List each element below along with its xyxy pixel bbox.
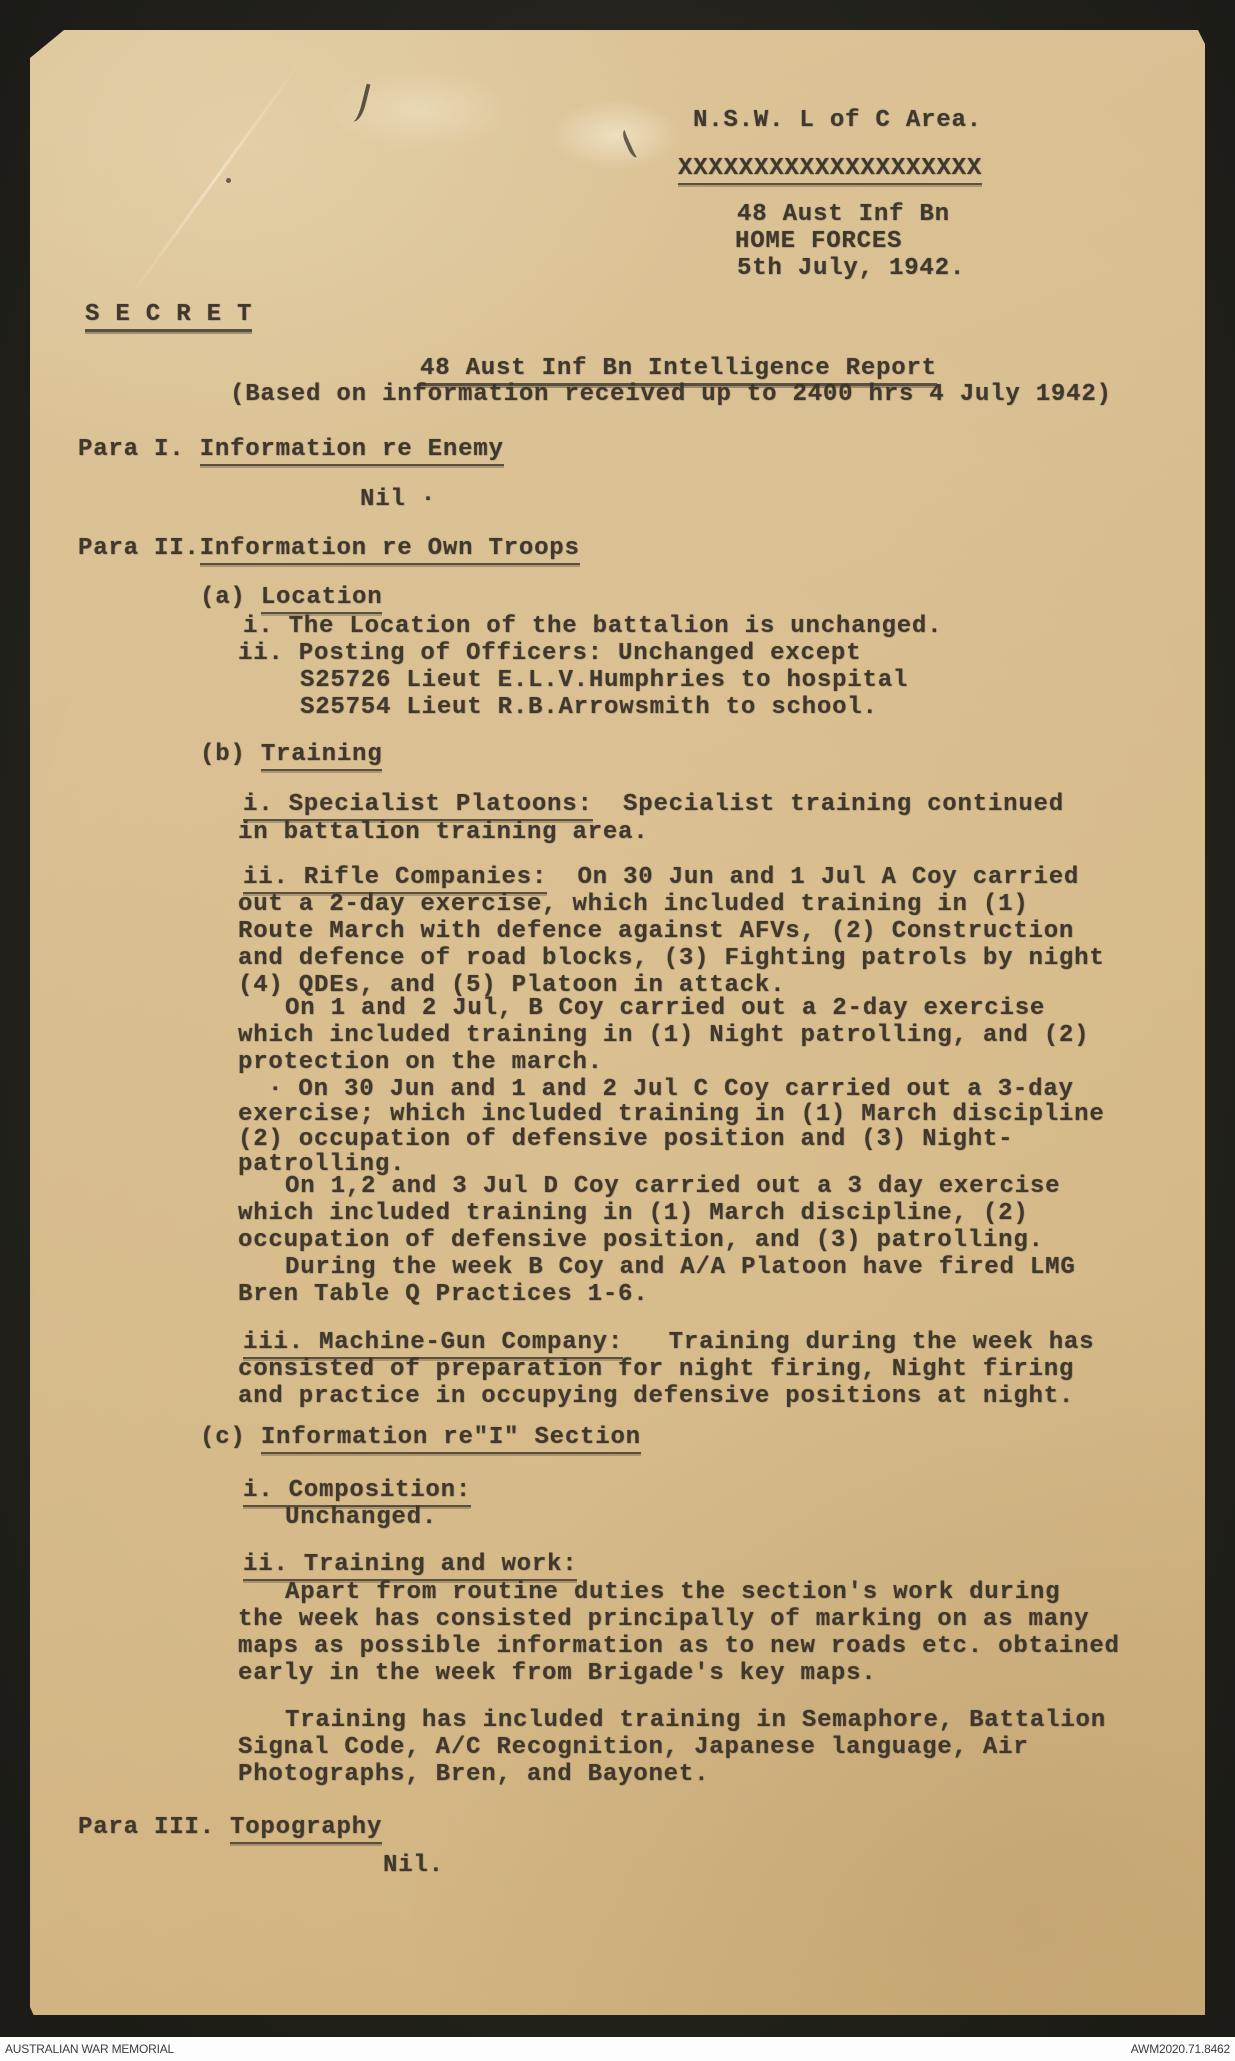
rifle-companies-line-4: and defence of road blocks, (3) Fighting… <box>238 946 1105 972</box>
training-work-line-4: early in the week from Brigade's key map… <box>238 1661 877 1687</box>
footer-bar: AUSTRALIAN WAR MEMORIAL AWM2020.71.8462 <box>0 2037 1235 2061</box>
underlined-typed-text: Information re"I" Section <box>261 1424 641 1454</box>
week-firing-line-2: Bren Table Q Practices 1-6. <box>238 1282 648 1308</box>
section-a-heading: (a) Location <box>200 585 382 611</box>
typed-text: HOME FORCES <box>735 228 902 255</box>
typed-text: Route March with defence against AFVs, (… <box>238 918 1074 945</box>
composition-heading: i. Composition: <box>243 1478 471 1504</box>
machine-gun-line-2: consisted of preparation for night firin… <box>238 1357 1074 1383</box>
machine-gun-line-1: iii. Machine-Gun Company: Training durin… <box>243 1330 1094 1356</box>
d-coy-line-2: which included training in (1) March dis… <box>238 1201 1029 1227</box>
rifle-companies-line-2: out a 2-day exercise, which included tra… <box>238 892 1029 918</box>
typed-text: S25726 Lieut E.L.V.Humphries to hospital <box>300 667 908 694</box>
letterhead-area-line: N.S.W. L of C Area. <box>693 108 982 134</box>
letterhead-force-line: HOME FORCES <box>735 229 902 255</box>
typed-text: (Based on information received up to 240… <box>230 381 1112 408</box>
training-included-line-3: Photographs, Bren, and Bayonet. <box>238 1762 709 1788</box>
typed-text: Nil · <box>360 486 436 513</box>
d-coy-line-1: On 1,2 and 3 Jul D Coy carried out a 3 d… <box>285 1174 1060 1200</box>
typed-text: maps as possible information as to new r… <box>238 1633 1120 1660</box>
typed-text: out a 2-day exercise, which included tra… <box>238 891 1029 918</box>
underlined-typed-text: iii. Machine-Gun Company: <box>243 1329 623 1359</box>
letterhead-date-line: 5th July, 1942. <box>737 256 965 282</box>
paper-crease <box>130 60 303 296</box>
typed-text: 48 Aust Inf Bn <box>737 201 950 228</box>
report-subtitle: (Based on information received up to 240… <box>230 382 1112 408</box>
typed-text: Unchanged. <box>285 1504 437 1531</box>
para-iii-heading: Para III. Topography <box>78 1815 382 1841</box>
typed-text: Training has included training in Semaph… <box>285 1707 1106 1734</box>
letterhead-redaction-line: XXXXXXXXXXXXXXXXXXXX <box>678 156 982 182</box>
underlined-typed-text: Training <box>261 741 383 771</box>
training-work-heading: ii. Training and work: <box>243 1552 577 1578</box>
para-i-heading: Para I. Information re Enemy <box>78 437 504 463</box>
composition-value: Unchanged. <box>285 1505 437 1531</box>
typed-text: Bren Table Q Practices 1-6. <box>238 1281 648 1308</box>
report-title: 48 Aust Inf Bn Intelligence Report <box>420 356 937 382</box>
typed-text: On 1 and 2 Jul, B Coy carried out a 2-da… <box>285 995 1045 1022</box>
machine-gun-line-3: and practice in occupying defensive posi… <box>238 1384 1074 1410</box>
typed-text: Apart from routine duties the section's … <box>285 1579 1060 1606</box>
para-ii-heading: Para II.Information re Own Troops <box>78 536 580 562</box>
section-c-heading: (c) Information re"I" Section <box>200 1425 641 1451</box>
c-coy-line-1: · On 30 Jun and 1 and 2 Jul C Coy carrie… <box>268 1077 1074 1103</box>
typed-text: i. The Location of the battalion is unch… <box>243 613 942 640</box>
location-item-i: i. The Location of the battalion is unch… <box>243 614 942 640</box>
screenshot-root: { "scan": { "background_color": "#2b2a23… <box>0 0 1235 2061</box>
underlined-typed-text: i. Specialist Platoons: <box>243 791 593 821</box>
underlined-typed-text: ii. Rifle Companies: <box>243 864 547 894</box>
typed-text: and practice in occupying defensive posi… <box>238 1383 1074 1410</box>
typed-text: (2) occupation of defensive position and… <box>238 1126 1013 1153</box>
typed-text: Para III. <box>78 1814 230 1841</box>
rifle-companies-line-3: Route March with defence against AFVs, (… <box>238 919 1074 945</box>
underlined-typed-text: Location <box>261 584 383 614</box>
typed-text: Para I. <box>78 436 200 463</box>
typed-text: early in the week from Brigade's key map… <box>238 1660 877 1687</box>
week-firing-line-1: During the week B Coy and A/A Platoon ha… <box>285 1255 1076 1281</box>
paper: N.S.W. L of C Area.XXXXXXXXXXXXXXXXXXXX4… <box>30 30 1205 2015</box>
d-coy-line-3: occupation of defensive position, and (3… <box>238 1228 1044 1254</box>
typed-text: Signal Code, A/C Recognition, Japanese l… <box>238 1734 1029 1761</box>
typed-text: consisted of preparation for night firin… <box>238 1356 1074 1383</box>
b-coy-line-1: On 1 and 2 Jul, B Coy carried out a 2-da… <box>285 996 1045 1022</box>
training-included-line-1: Training has included training in Semaph… <box>285 1708 1106 1734</box>
letterhead-unit-line: 48 Aust Inf Bn <box>737 202 950 228</box>
posting-officer-1: S25726 Lieut E.L.V.Humphries to hospital <box>300 668 908 694</box>
typed-text: occupation of defensive position, and (3… <box>238 1227 1044 1254</box>
underlined-typed-text: i. Composition: <box>243 1477 471 1507</box>
posting-officer-2: S25754 Lieut R.B.Arrowsmith to school. <box>300 695 878 721</box>
training-work-line-2: the week has consisted principally of ma… <box>238 1607 1089 1633</box>
typed-text: Nil. <box>383 1852 444 1879</box>
rifle-companies-line-1: ii. Rifle Companies: On 30 Jun and 1 Jul… <box>243 865 1079 891</box>
typed-text: Specialist training continued <box>593 791 1064 818</box>
typed-text: · On 30 Jun and 1 and 2 Jul C Coy carrie… <box>268 1076 1074 1103</box>
para-i-nil: Nil · <box>360 487 436 513</box>
underlined-typed-text: XXXXXXXXXXXXXXXXXXXX <box>678 155 982 185</box>
typed-text: which included training in (1) March dis… <box>238 1200 1029 1227</box>
typed-text: exercise; which included training in (1)… <box>238 1101 1105 1128</box>
typed-text: Para II. <box>78 535 200 562</box>
underlined-typed-text: S E C R E T <box>85 301 252 332</box>
location-item-ii: ii. Posting of Officers: Unchanged excep… <box>238 641 861 667</box>
footer-item-id: AWM2020.71.8462 <box>1131 2042 1230 2056</box>
underlined-typed-text: Information re Enemy <box>200 436 504 466</box>
training-work-line-1: Apart from routine duties the section's … <box>285 1580 1060 1606</box>
classification-stamp: S E C R E T <box>85 302 252 328</box>
typed-text: On 30 Jun and 1 Jul A Coy carried <box>547 864 1079 891</box>
specialist-platoons-line-2: in battalion training area. <box>238 820 648 846</box>
typed-text: the week has consisted principally of ma… <box>238 1606 1089 1633</box>
typed-text: S25754 Lieut R.B.Arrowsmith to school. <box>300 694 878 721</box>
underlined-typed-text: Information re Own Troops <box>200 535 580 565</box>
underlined-typed-text: Topography <box>230 1814 382 1844</box>
typed-text: (c) <box>200 1424 261 1451</box>
underlined-typed-text: ii. Training and work: <box>243 1551 577 1581</box>
b-coy-line-2: which included training in (1) Night pat… <box>238 1023 1089 1049</box>
c-coy-line-3: (2) occupation of defensive position and… <box>238 1127 1013 1153</box>
typed-text: ii. Posting of Officers: Unchanged excep… <box>238 640 861 667</box>
typed-text: Training during the week has <box>623 1329 1094 1356</box>
typed-text: protection on the march. <box>238 1049 603 1076</box>
training-work-line-3: maps as possible information as to new r… <box>238 1634 1120 1660</box>
section-b-heading: (b) Training <box>200 742 382 768</box>
footer-archive-name: AUSTRALIAN WAR MEMORIAL <box>5 2042 174 2056</box>
para-iii-nil: Nil. <box>383 1853 444 1879</box>
typed-text: 5th July, 1942. <box>737 255 965 282</box>
typed-text: During the week B Coy and A/A Platoon ha… <box>285 1254 1076 1281</box>
typed-text: (b) <box>200 741 261 768</box>
typed-text: On 1,2 and 3 Jul D Coy carried out a 3 d… <box>285 1173 1060 1200</box>
specialist-platoons-line-1: i. Specialist Platoons: Specialist train… <box>243 792 1064 818</box>
paper-speck <box>226 178 231 183</box>
c-coy-line-2: exercise; which included training in (1)… <box>238 1102 1105 1128</box>
b-coy-line-3: protection on the march. <box>238 1050 603 1076</box>
typed-text: Photographs, Bren, and Bayonet. <box>238 1761 709 1788</box>
typed-text: N.S.W. L of C Area. <box>693 107 982 134</box>
typed-text: in battalion training area. <box>238 819 648 846</box>
training-included-line-2: Signal Code, A/C Recognition, Japanese l… <box>238 1735 1029 1761</box>
typed-text: and defence of road blocks, (3) Fighting… <box>238 945 1105 972</box>
typed-text: (a) <box>200 584 261 611</box>
typed-text: which included training in (1) Night pat… <box>238 1022 1089 1049</box>
paper-dent <box>550 100 680 170</box>
